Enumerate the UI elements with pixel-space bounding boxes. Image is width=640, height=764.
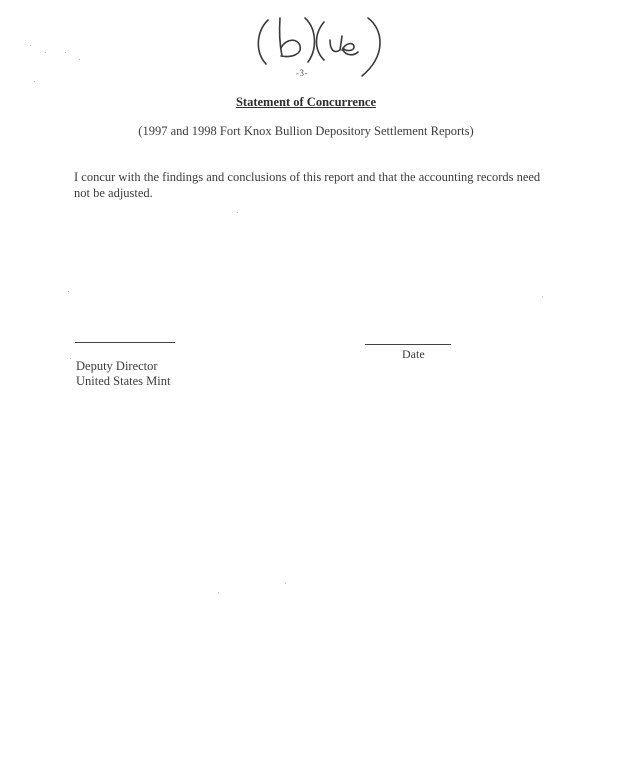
signer-block: Deputy Director United States Mint bbox=[76, 359, 170, 389]
signer-title: Deputy Director bbox=[76, 359, 170, 374]
scan-speck bbox=[285, 583, 286, 584]
document-title: Statement of Concurrence bbox=[0, 95, 612, 110]
scan-speck bbox=[237, 212, 238, 213]
scan-speck bbox=[45, 52, 46, 53]
scan-speck bbox=[30, 45, 31, 46]
date-line bbox=[365, 344, 451, 345]
scan-speck bbox=[70, 358, 71, 359]
scan-speck bbox=[542, 296, 543, 297]
concurrence-statement: I concur with the findings and conclusio… bbox=[74, 169, 554, 201]
document-page: (b)(4) -3- Statement of Concurrence (199… bbox=[0, 0, 640, 764]
scan-speck bbox=[34, 81, 35, 82]
handwritten-redaction-annotation: (b)(4) bbox=[250, 12, 390, 84]
signer-organization: United States Mint bbox=[76, 374, 170, 389]
document-subtitle: (1997 and 1998 Fort Knox Bullion Deposit… bbox=[0, 124, 612, 139]
scan-speck bbox=[79, 59, 80, 60]
date-label: Date bbox=[402, 347, 425, 362]
scan-speck bbox=[65, 52, 66, 53]
signature-line bbox=[75, 342, 175, 343]
scan-speck bbox=[68, 291, 69, 292]
page-number: -3- bbox=[296, 68, 308, 78]
scan-speck bbox=[218, 592, 219, 593]
